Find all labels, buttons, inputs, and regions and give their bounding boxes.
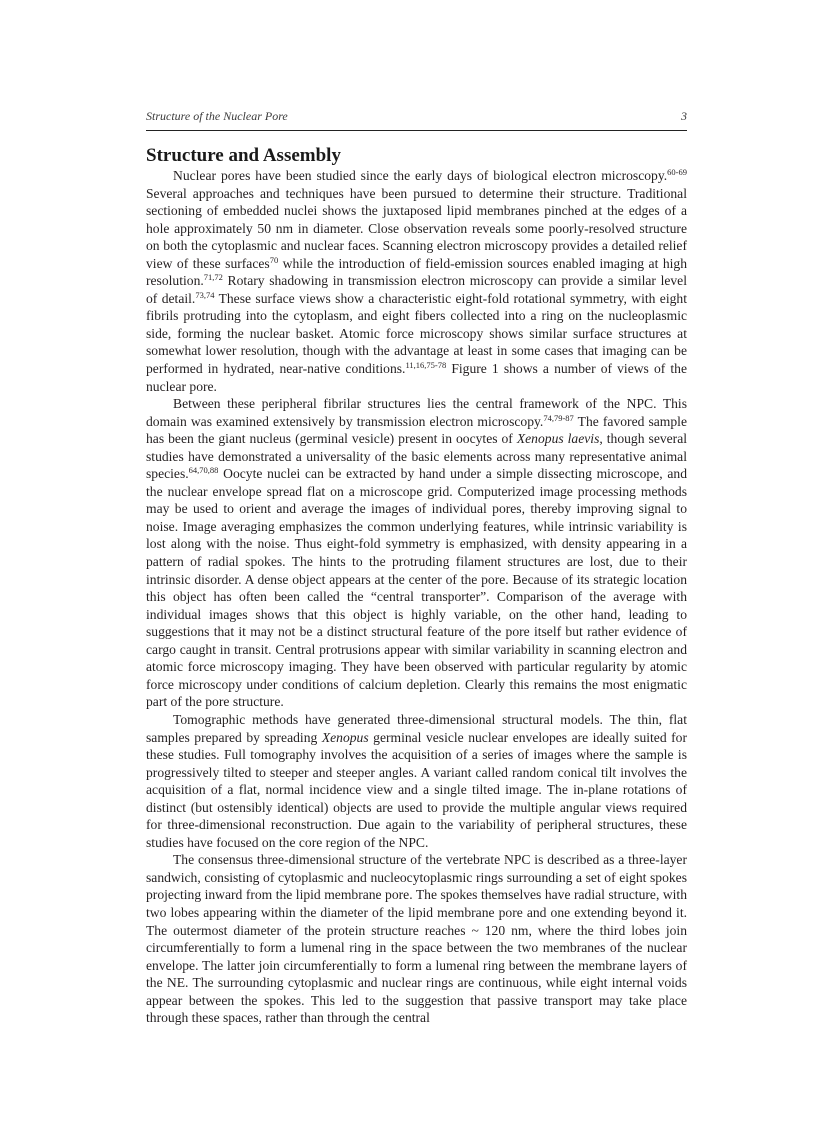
citation-superscript: 71,72 [204, 272, 223, 282]
body-text: Nuclear pores have been studied since th… [146, 167, 687, 1027]
citation-superscript: 70 [270, 255, 279, 265]
paragraph: Tomographic methods have generated three… [146, 711, 687, 851]
paragraph: The consensus three-dimensional structur… [146, 851, 687, 1026]
header-rule [146, 130, 687, 131]
citation-superscript: 60-69 [667, 167, 687, 177]
italic-species-name: Xenopus [322, 730, 369, 745]
paragraph: Nuclear pores have been studied since th… [146, 167, 687, 395]
document-page: Structure of the Nuclear Pore 3 Structur… [146, 106, 687, 1027]
citation-superscript: 73,74 [195, 290, 214, 300]
running-head-title: Structure of the Nuclear Pore [146, 106, 288, 126]
section-heading: Structure and Assembly [146, 145, 687, 167]
citation-superscript: 74,79-87 [543, 413, 573, 423]
citation-superscript: 11,16,75-78 [405, 360, 446, 370]
page-number: 3 [681, 106, 687, 126]
citation-superscript: 64,70,88 [189, 465, 219, 475]
running-header: Structure of the Nuclear Pore 3 [146, 106, 687, 126]
italic-species-name: Xenopus laevis [517, 431, 600, 446]
paragraph: Between these peripheral fibrilar struct… [146, 395, 687, 711]
